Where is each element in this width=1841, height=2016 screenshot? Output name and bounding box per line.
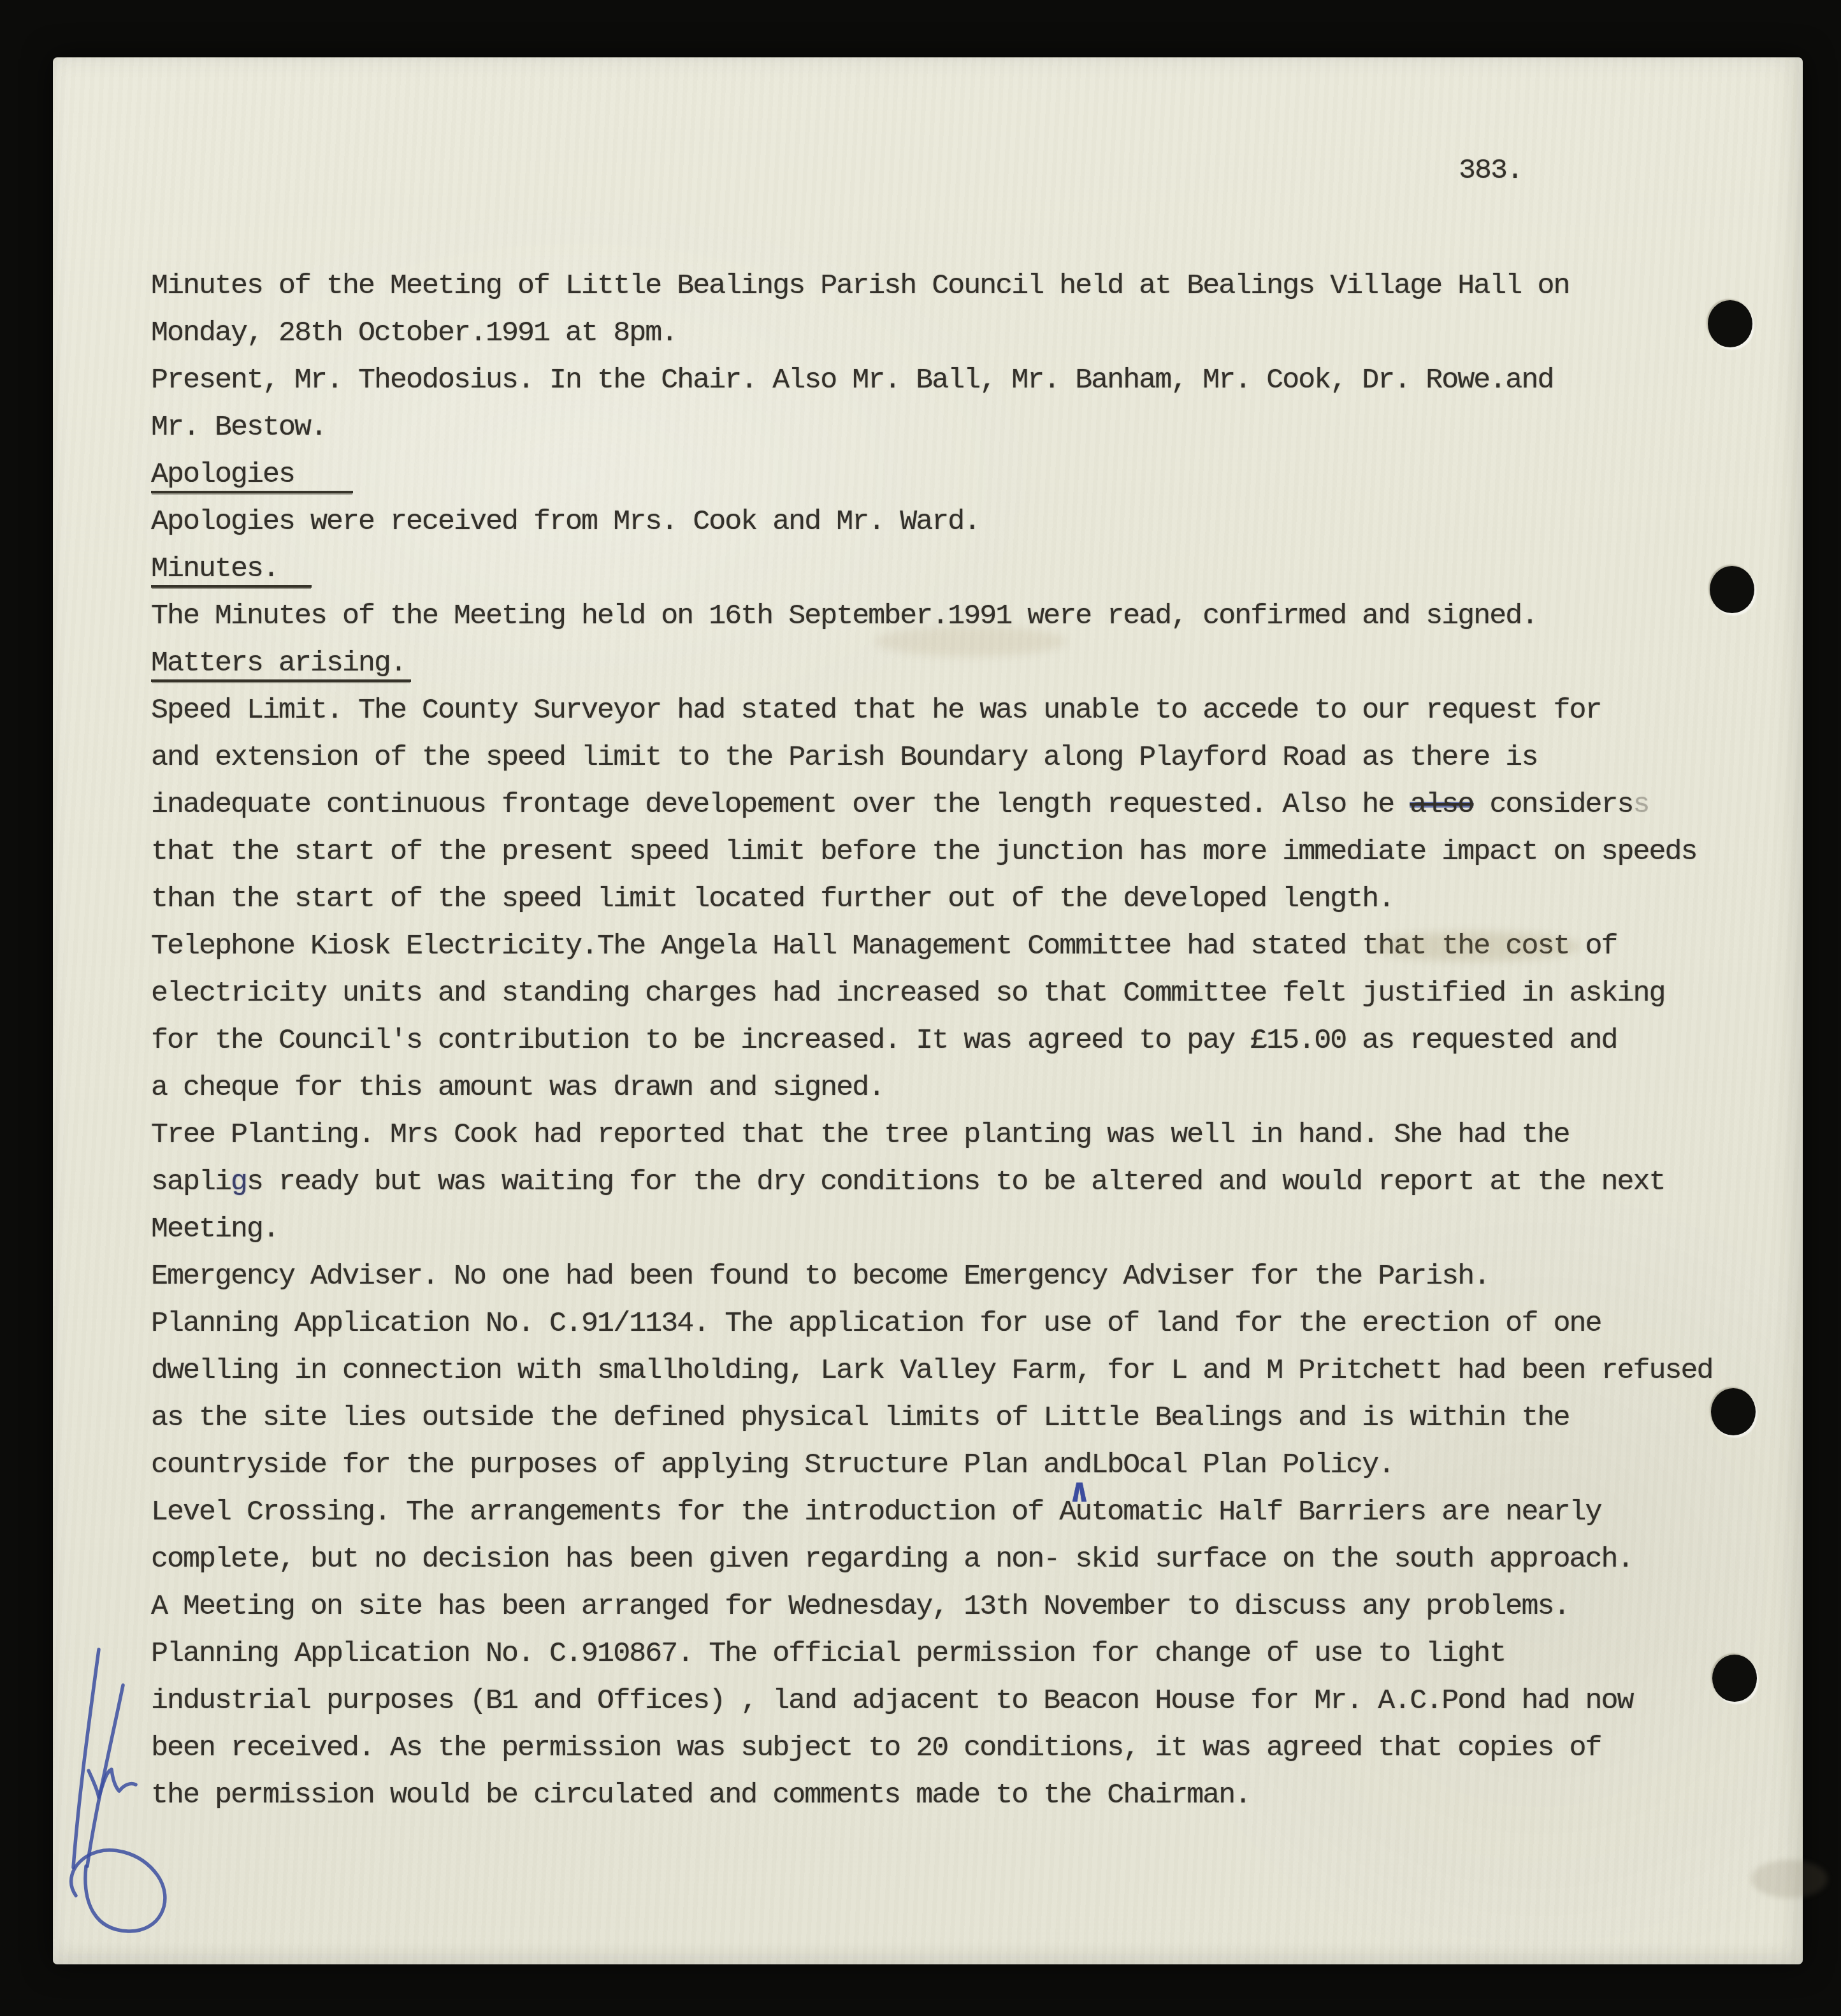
section-heading: Apologies [151,458,353,493]
text-line: that the start of the present speed limi… [151,829,1795,876]
stain [1751,1860,1828,1898]
text-segment: Planning Application No. C.910867. The o… [151,1637,1505,1670]
text-segment: dwelling in connection with smallholding… [151,1354,1712,1387]
paper-page: 383. Minutes of the Meeting of Little Be… [53,57,1803,1964]
text-line: the permission would be circulated and c… [151,1772,1795,1819]
text-line: dwelling in connection with smallholding… [151,1347,1795,1395]
text-segment: countryside for the purposes of applying… [151,1449,1091,1481]
text-line: and extension of the speed limit to the … [151,734,1795,781]
text-segment: Planning Application No. C.91/1134. The … [151,1307,1601,1340]
text-line: A Meeting on site has been arranged for … [151,1583,1795,1630]
text-segment: Tree Planting. Mrs Cook had reported tha… [151,1119,1569,1151]
text-line: inadequate continuous frontage developem… [151,781,1795,829]
text-segment: the permission would be circulated and c… [151,1779,1250,1811]
text-segment: LbOcal Plan Policy. [1091,1449,1394,1481]
text-segment: Meeting. [151,1213,278,1245]
text-line: electricity units and standing charges h… [151,970,1795,1017]
document-body: Minutes of the Meeting of Little Bealing… [151,263,1795,1819]
text-line: for the Council's contribution to be inc… [151,1017,1795,1064]
text-line: The Minutes of the Meeting held on 16th … [151,593,1795,640]
text-segment: inadequate continuous frontage developem… [151,788,1410,821]
text-line: Apologies [151,451,1795,498]
text-line: countryside for the purposes of applying… [151,1442,1795,1489]
text-segment: Monday, 28th October.1991 at 8pm. [151,317,677,349]
text-line: Planning Application No. C.910867. The o… [151,1630,1795,1678]
text-segment: s ready but was waiting for the dry cond… [247,1166,1664,1198]
text-line: industrial purposes (B1 and Offices) , l… [151,1678,1795,1725]
text-segment: that the start of the present speed limi… [151,836,1696,868]
scanned-page-view: 383. Minutes of the Meeting of Little Be… [0,0,1841,2016]
text-segment: as the site lies outside the defined phy… [151,1402,1569,1434]
text-line: Minutes. [151,546,1795,593]
punch-hole [1710,566,1754,613]
section-heading: Matters arising. [151,647,411,682]
text-segment: complete, but no decision has been given… [151,1543,1633,1576]
text-line: sapligs ready but was waiting for the dr… [151,1159,1795,1206]
text-segment: been received. As the permission was sub… [151,1732,1601,1764]
text-segment: g [231,1166,247,1198]
text-segment: electricity units and standing charges h… [151,977,1664,1010]
text-line: been received. As the permission was sub… [151,1725,1795,1772]
text-segment: Present, Mr. Theodosius. In the Chair. A… [151,364,1553,396]
text-segment: for the Council's contribution to be inc… [151,1024,1617,1057]
section-heading: Minutes. [151,553,312,588]
punch-hole [1712,1655,1757,1702]
text-segment: Speed Limit. The County Surveyor had sta… [151,694,1601,727]
struck-word: also [1410,788,1473,821]
text-line: Monday, 28th October.1991 at 8pm. [151,310,1795,357]
text-line: Apologies were received from Mrs. Cook a… [151,498,1795,546]
text-segment: Telephone Kiosk Electricity.The Angela H… [151,930,1617,962]
text-segment: Level Crossing. The arrangements for the… [151,1496,1601,1528]
text-line: Level Crossing. The arrangements for the… [151,1489,1795,1536]
punch-hole [1708,300,1752,347]
text-line: Speed Limit. The County Surveyor had sta… [151,687,1795,734]
text-line: Telephone Kiosk Electricity.The Angela H… [151,923,1795,970]
text-segment: The Minutes of the Meeting held on 16th … [151,600,1537,632]
text-segment: and extension of the speed limit to the … [151,741,1537,774]
text-line: Minutes of the Meeting of Little Bealing… [151,263,1795,310]
text-line: Emergency Adviser. No one had been found… [151,1253,1795,1300]
text-segment: than the start of the speed limit locate… [151,883,1394,915]
text-segment: a cheque for this amount was drawn and s… [151,1071,884,1104]
text-line: as the site lies outside the defined phy… [151,1395,1795,1442]
text-segment: s [1633,788,1649,821]
text-line: Planning Application No. C.91/1134. The … [151,1300,1795,1347]
text-line: Present, Mr. Theodosius. In the Chair. A… [151,357,1795,404]
text-segment: sapli [151,1166,231,1198]
text-segment: A Meeting on site has been arranged for … [151,1590,1569,1623]
text-segment: Apologies were received from Mrs. Cook a… [151,505,979,538]
punch-hole [1711,1388,1756,1435]
text-line: than the start of the speed limit locate… [151,876,1795,923]
text-segment: Mr. Bestow. [151,411,326,444]
text-segment: Minutes of the Meeting of Little Bealing… [151,270,1569,302]
text-line: Meeting. [151,1206,1795,1253]
page-number: 383. [1459,154,1522,187]
text-line: a cheque for this amount was drawn and s… [151,1064,1795,1112]
text-line: Matters arising. [151,640,1795,687]
text-segment: considers [1473,788,1633,821]
text-segment: Emergency Adviser. No one had been found… [151,1260,1489,1293]
text-segment: industrial purposes (B1 and Offices) , l… [151,1685,1633,1717]
text-line: complete, but no decision has been given… [151,1536,1795,1583]
text-line: Mr. Bestow. [151,404,1795,451]
text-line: Tree Planting. Mrs Cook had reported tha… [151,1112,1795,1159]
